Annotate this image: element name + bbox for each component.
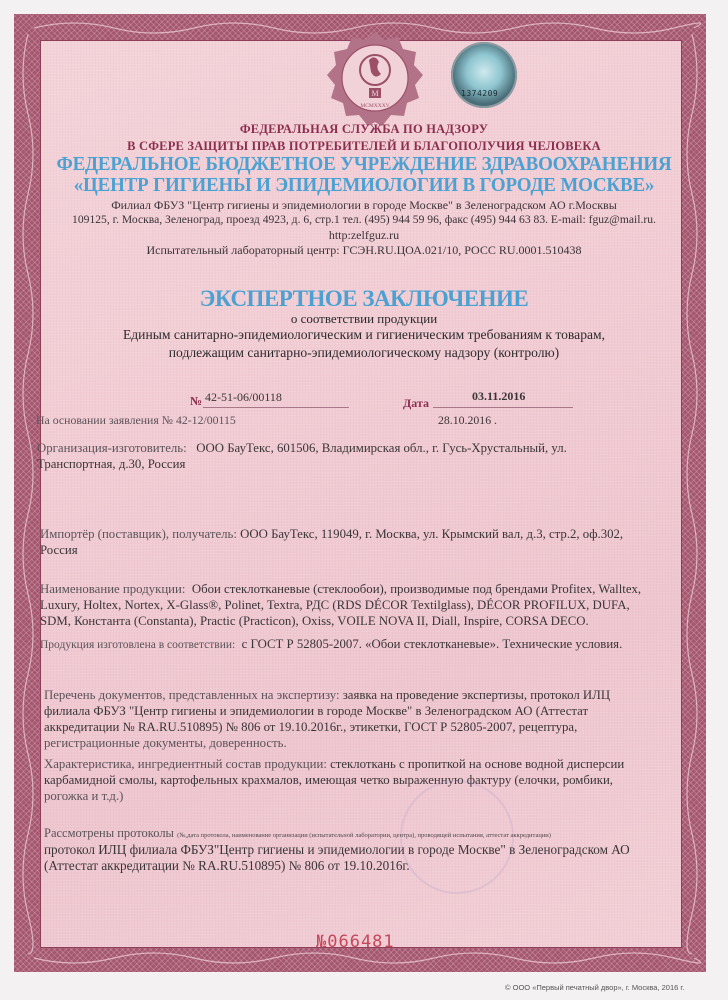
documents-label: Перечень документов, представленных на э… <box>44 688 340 702</box>
number-value: 42-51-06/00118 <box>205 390 282 405</box>
application-reference: На основании заявления № 42-12/00115 <box>36 413 236 428</box>
protocols-label: Рассмотрены протоколы <box>44 826 174 840</box>
hologram-seal-icon: 1374209 <box>451 42 517 108</box>
importer-value-1: ООО БауТекс, 119049, г. Москва, ул. Крым… <box>240 527 623 541</box>
composition-value-2: карбамидной смолы, картофельных крахмало… <box>44 773 613 788</box>
documents-value-3: аккредитации № RA.RU.510895) № 806 от 19… <box>44 720 577 735</box>
importer-value-2: Россия <box>40 543 78 558</box>
manufacturer-value-2: Транспортная, д.30, Россия <box>37 457 185 472</box>
date-label: Дата <box>403 396 429 411</box>
hologram-number: 1374209 <box>461 89 498 98</box>
protocols-value-1: протокол ИЛЦ филиала ФБУЗ"Центр гигиены … <box>44 842 630 858</box>
manufacturer-label: Организация-изготовитель: <box>37 441 187 455</box>
protocols-heading: Рассмотрены протоколы (№,дата протокола,… <box>44 826 551 841</box>
manufacturer-line-1: Организация-изготовитель: ООО БауТекс, 6… <box>37 441 567 456</box>
svg-text:M: M <box>371 89 378 98</box>
standard-label: Продукция изготовлена в соответствии: <box>40 639 235 651</box>
product-value-3: SDM, Константа (Constanta), Practic (Pra… <box>40 614 589 629</box>
documents-line-1: Перечень документов, представленных на э… <box>44 688 610 703</box>
product-label: Наименование продукции: <box>40 582 185 596</box>
svg-text:MCMXXXV: MCMXXXV <box>360 103 389 109</box>
composition-value-1: стеклоткань с пропиткой на основе водной… <box>330 757 624 771</box>
date-underline <box>433 407 573 408</box>
product-line-1: Наименование продукции: Обои стеклоткане… <box>40 582 641 597</box>
agency-line-2: В СФЕРЕ ЗАЩИТЫ ПРАВ ПОТРЕБИТЕЛЕЙ И БЛАГО… <box>0 139 728 154</box>
lab-center-label: Испытательный лабораторный центр: <box>146 243 342 257</box>
document-title: ЭКСПЕРТНОЕ ЗАКЛЮЧЕНИЕ <box>0 286 728 312</box>
branch-address: 109125, г. Москва, Зеленоград, проезд 49… <box>0 213 728 226</box>
printer-credit: © ООО «Первый печатный двор», г. Москва,… <box>505 983 684 992</box>
number-label: № <box>190 394 202 409</box>
composition-label: Характеристика, ингредиентный состав про… <box>44 757 327 771</box>
institution-line-2: «ЦЕНТР ГИГИЕНЫ И ЭПИДЕМИОЛОГИИ В ГОРОДЕ … <box>0 174 728 197</box>
rospotrebnadzor-emblem-icon: M MCMXXXV <box>325 30 425 130</box>
importer-label: Импортёр (поставщик), получатель: <box>40 527 237 541</box>
number-underline <box>203 407 349 408</box>
lab-center: Испытательный лабораторный центр: ГСЭН.R… <box>0 243 728 258</box>
product-value-2: Luxury, Holtex, Nortex, X-Glass®, Poline… <box>40 598 630 613</box>
agency-line-1: ФЕДЕРАЛЬНАЯ СЛУЖБА ПО НАДЗОРУ <box>0 122 728 137</box>
manufacturer-value-1: ООО БауТекс, 601506, Владимирская обл., … <box>196 441 567 455</box>
protocols-value-2: (Аттестат аккредитации № RA.RU.510895) №… <box>44 858 410 874</box>
documents-value-1: заявка на проведение экспертизы, протоко… <box>343 688 610 702</box>
application-date: 28.10.2016 . <box>438 413 497 428</box>
documents-value-2: филиала ФБУЗ "Центр гигиены и эпидемиоло… <box>44 704 588 719</box>
standard-value: с ГОСТ Р 52805-2007. «Обои стеклотканевы… <box>242 637 623 651</box>
product-value-1: Обои стеклотканевые (стеклообои), произв… <box>192 582 641 596</box>
composition-value-3: рогожка и т.д.) <box>44 789 123 804</box>
institution-line-1: ФЕДЕРАЛЬНОЕ БЮДЖЕТНОЕ УЧРЕЖДЕНИЕ ЗДРАВОО… <box>0 153 728 176</box>
documents-value-4: регистрационные документы, доверенность. <box>44 736 287 751</box>
composition-line-1: Характеристика, ингредиентный состав про… <box>44 757 624 772</box>
date-value: 03.11.2016 <box>472 389 525 404</box>
document-subtitle-3: подлежащим санитарно-эпидемиологическому… <box>0 345 728 361</box>
branch-name: Филиал ФБУЗ "Центр гигиены и эпидемиолог… <box>0 198 728 213</box>
protocols-hint: (№,дата протокола, наименование организа… <box>177 832 551 839</box>
form-serial-number: №066481 <box>316 932 395 952</box>
document-subtitle-2: Единым санитарно-эпидемиологическим и ги… <box>0 327 728 343</box>
standard-line: Продукция изготовлена в соответствии: с … <box>40 637 622 652</box>
lab-center-value: ГСЭН.RU.ЦОА.021/10, РОСС RU.0001.510438 <box>343 243 582 257</box>
document-subtitle-1: о соответствии продукции <box>0 311 728 327</box>
importer-line-1: Импортёр (поставщик), получатель: ООО Ба… <box>40 527 623 542</box>
branch-website: http:zelfguz.ru <box>0 228 728 243</box>
